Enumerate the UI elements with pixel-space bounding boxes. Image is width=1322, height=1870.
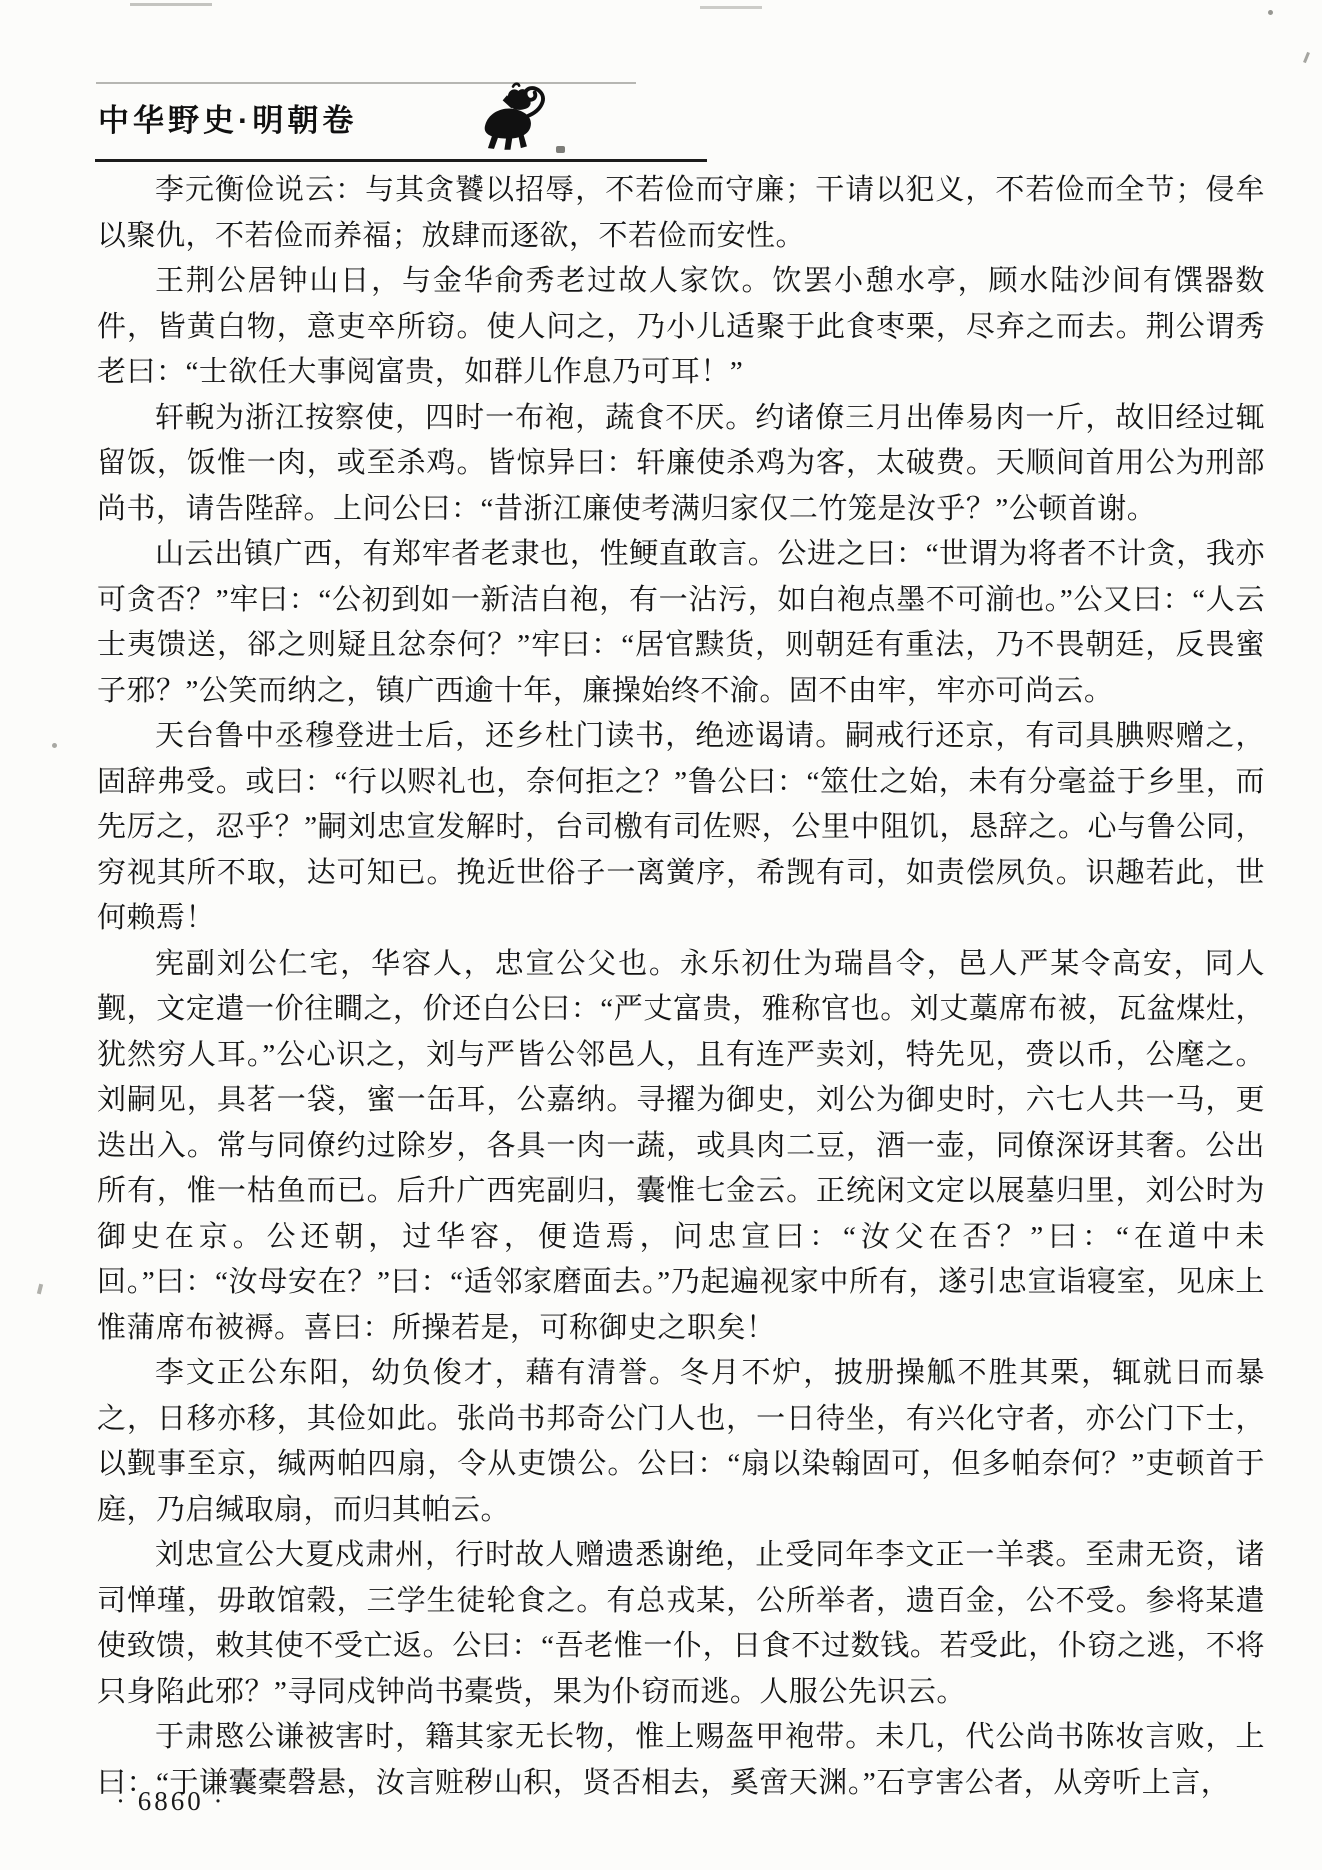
scan-speck bbox=[130, 3, 212, 6]
book-page: 中华野史·明朝卷 李元衡俭说云：与其贪饕以招辱，不若俭而守廉；干请以犯义，不若俭… bbox=[0, 0, 1322, 1870]
body-text: 李元衡俭说云：与其贪饕以招辱，不若俭而守廉；干请以犯义，不若俭而全节；侵牟以聚仇… bbox=[97, 168, 1265, 1806]
scan-speck bbox=[37, 1284, 43, 1295]
page-number: · 6860 · bbox=[116, 1786, 225, 1817]
paragraph: 天台鲁中丞穆登进士后，还乡杜门读书，绝迹谒请。嗣戒行还京，有司具腆赆赠之，固辞弗… bbox=[97, 714, 1265, 942]
scan-speck bbox=[1303, 52, 1310, 63]
paragraph: 于肃愍公谦被害时，籍其家无长物，惟上赐盔甲袍带。未几，代公尚书陈妆言败，上曰：“… bbox=[97, 1715, 1265, 1806]
header-rule bbox=[95, 159, 707, 162]
paragraph: 山云出镇广西，有郑牢者老隶也，性鲠直敢言。公进之曰：“世谓为将者不计贪，我亦可贪… bbox=[97, 532, 1265, 714]
paragraph: 宪副刘公仁宅，华容人，忠宣公父也。永乐初仕为瑞昌令，邑人严某令高安，同人觐，文定… bbox=[97, 942, 1265, 1352]
scan-speck bbox=[1268, 10, 1273, 15]
paragraph: 李元衡俭说云：与其贪饕以招辱，不若俭而守廉；干请以犯义，不若俭而全节；侵牟以聚仇… bbox=[97, 168, 1265, 259]
paragraph: 李文正公东阳，幼负俊才，藉有清誉。冬月不炉，披册操觚不胜其栗，辄就日而暴之，日移… bbox=[97, 1351, 1265, 1533]
running-title: 中华野史·明朝卷 bbox=[98, 95, 357, 140]
paragraph: 轩輗为浙江按察使，四时一布袍，蔬食不厌。约诸僚三月出俸易肉一斤，故旧经过辄留饭，… bbox=[97, 396, 1265, 533]
header-top-rule bbox=[96, 82, 636, 84]
paragraph: 王荆公居钟山日，与金华俞秀老过故人家饮。饮罢小憩水亭，顾水陆沙间有馔器数件，皆黄… bbox=[97, 259, 1265, 396]
beast-ornament-icon bbox=[468, 80, 546, 152]
scan-speck bbox=[700, 6, 762, 9]
paragraph: 刘忠宣公大夏戍肃州，行时故人赠遗悉谢绝，止受同年李文正一羊裘。至肃无资，诸司惮瑾… bbox=[97, 1533, 1265, 1715]
scan-speck bbox=[556, 146, 565, 153]
scan-speck bbox=[52, 743, 57, 748]
